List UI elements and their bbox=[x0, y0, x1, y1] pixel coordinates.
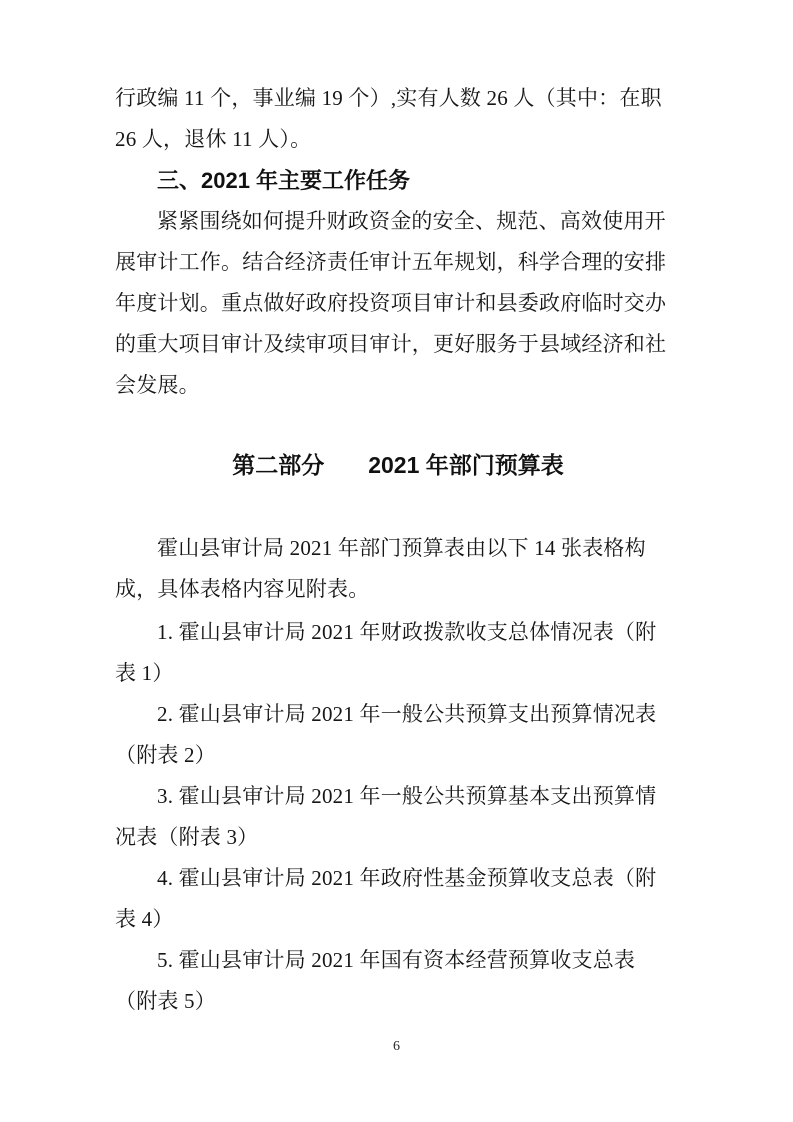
text-line: 4. 霍山县审计局 2021 年政府性基金预算收支总表（附 bbox=[115, 858, 681, 899]
page-number: 6 bbox=[0, 1038, 793, 1056]
budget-table-item-2: 2. 霍山县审计局 2021 年一般公共预算支出预算情况表 （附表 2） bbox=[115, 694, 681, 776]
text-line: 行政编 11 个，事业编 19 个）,实有人数 26 人（其中：在职 bbox=[115, 78, 681, 119]
part-2-title: 2021 年部门预算表 bbox=[368, 443, 564, 487]
intro-paragraph: 霍山县审计局 2021 年部门预算表由以下 14 张表格构 成，具体表格内容见附… bbox=[115, 528, 681, 610]
text-line: 的重大项目审计及续审项目审计，更好服务于县域经济和社 bbox=[115, 324, 681, 365]
continuation-paragraph: 行政编 11 个，事业编 19 个）,实有人数 26 人（其中：在职 26 人，… bbox=[115, 78, 681, 160]
text-line: 会发展。 bbox=[115, 365, 681, 406]
text-line: 展审计工作。结合经济责任审计五年规划，科学合理的安排 bbox=[115, 242, 681, 283]
part-2-heading: 第二部分 2021 年部门预算表 bbox=[115, 443, 681, 487]
section-3-paragraph: 紧紧围绕如何提升财政资金的安全、规范、高效使用开 展审计工作。结合经济责任审计五… bbox=[115, 201, 681, 406]
text-line: 霍山县审计局 2021 年部门预算表由以下 14 张表格构 bbox=[115, 528, 681, 569]
section-3-heading: 三、2021 年主要工作任务 bbox=[115, 160, 681, 201]
document-page: 行政编 11 个，事业编 19 个）,实有人数 26 人（其中：在职 26 人，… bbox=[0, 0, 793, 1122]
text-line: 表 1） bbox=[115, 653, 681, 694]
text-line: 1. 霍山县审计局 2021 年财政拨款收支总体情况表（附 bbox=[115, 612, 681, 653]
budget-table-item-4: 4. 霍山县审计局 2021 年政府性基金预算收支总表（附 表 4） bbox=[115, 858, 681, 940]
text-line: 年度计划。重点做好政府投资项目审计和县委政府临时交办 bbox=[115, 283, 681, 324]
text-line: 26 人，退休 11 人）。 bbox=[115, 119, 681, 160]
text-line: 紧紧围绕如何提升财政资金的安全、规范、高效使用开 bbox=[115, 201, 681, 242]
budget-table-item-5: 5. 霍山县审计局 2021 年国有资本经营预算收支总表 （附表 5） bbox=[115, 940, 681, 1022]
text-line: （附表 2） bbox=[115, 735, 681, 776]
text-line: 表 4） bbox=[115, 899, 681, 940]
budget-table-item-1: 1. 霍山县审计局 2021 年财政拨款收支总体情况表（附 表 1） bbox=[115, 612, 681, 694]
text-line: 况表（附表 3） bbox=[115, 817, 681, 858]
text-line: 5. 霍山县审计局 2021 年国有资本经营预算收支总表 bbox=[115, 940, 681, 981]
text-line: 成，具体表格内容见附表。 bbox=[115, 569, 681, 610]
budget-table-item-3: 3. 霍山县审计局 2021 年一般公共预算基本支出预算情 况表（附表 3） bbox=[115, 776, 681, 858]
document-content: 行政编 11 个，事业编 19 个）,实有人数 26 人（其中：在职 26 人，… bbox=[115, 78, 681, 1022]
budget-table-list: 1. 霍山县审计局 2021 年财政拨款收支总体情况表（附 表 1） 2. 霍山… bbox=[115, 612, 681, 1022]
text-line: 3. 霍山县审计局 2021 年一般公共预算基本支出预算情 bbox=[115, 776, 681, 817]
part-2-label: 第二部分 bbox=[232, 443, 324, 487]
text-line: 2. 霍山县审计局 2021 年一般公共预算支出预算情况表 bbox=[115, 694, 681, 735]
text-line: （附表 5） bbox=[115, 981, 681, 1022]
